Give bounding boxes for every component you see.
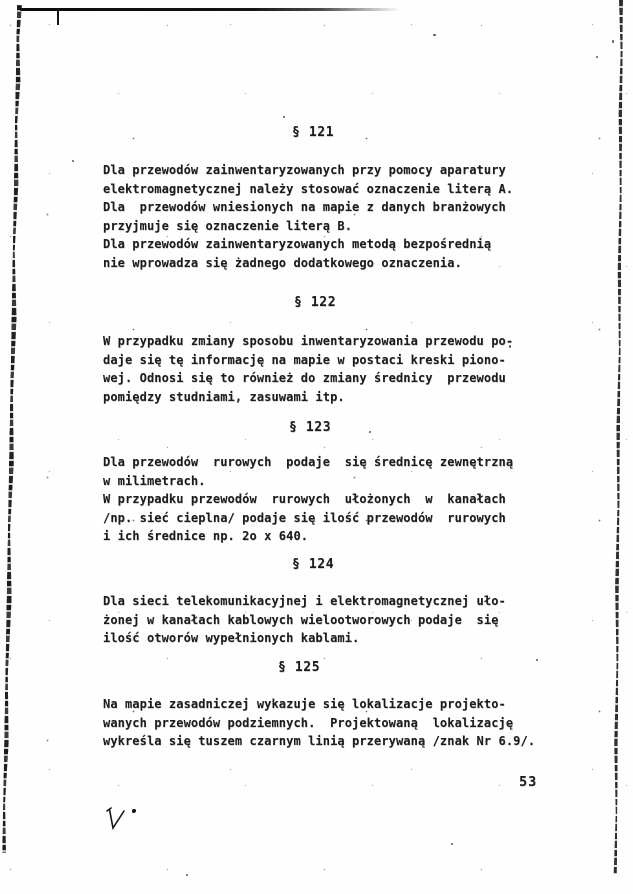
scan-speck [612, 40, 614, 43]
scanned-document-page: § 121 Dla przewodów zainwentaryzowanych … [0, 0, 633, 894]
page-top-corner-tick [57, 8, 59, 25]
right-torn-edge [613, 0, 623, 874]
section-body-122: W przypadku zmiany sposobu inwentaryzowa… [103, 332, 513, 406]
section-body-125: Na mapie zasadniczej wykazuje się lokali… [103, 695, 535, 751]
scan-speck [369, 431, 371, 433]
section-heading-122: § 122 [294, 294, 336, 312]
text-line: żonej w kanałach kablowych wielootworowy… [103, 611, 506, 630]
page-top-scan-line [20, 8, 462, 11]
section-heading-124: § 124 [292, 556, 334, 574]
section-heading-125: § 125 [278, 659, 320, 677]
section-body-123: Dla przewodów rurowych podaje się średni… [103, 453, 513, 546]
section-heading-123: § 123 [289, 419, 331, 437]
text-line: Dla sieci telekomunikacyjnej i elektroma… [103, 592, 506, 611]
text-line: Dla przewodów rurowych podaje się średni… [103, 453, 513, 472]
text-line: /np. sieć cieplna/ podaje się ilość prze… [103, 509, 513, 528]
text-line: wykreśla się tuszem czarnym linią przery… [103, 732, 535, 751]
handwritten-check-icon [100, 804, 136, 838]
section-body-124: Dla sieci telekomunikacyjnej i elektroma… [103, 592, 506, 648]
section-body-121: Dla przewodów zainwentaryzowanych przy p… [103, 161, 513, 272]
text-line: pomiędzy studniami, zasuwami itp. [103, 388, 513, 407]
text-line: daje się tę informację na mapie w postac… [103, 351, 513, 370]
section-heading-121: § 121 [292, 124, 334, 142]
text-line: i ich średnice np. 2o x 640. [103, 527, 513, 546]
scan-speck [451, 843, 453, 845]
scan-speck [72, 160, 74, 162]
text-line: Na mapie zasadniczej wykazuje się lokali… [103, 695, 535, 714]
scan-speck [433, 34, 436, 36]
text-line: wanych przewodów podziemnych. Projektowa… [103, 714, 535, 733]
scan-speck [536, 659, 538, 661]
text-line: elektromagnetycznej należy stosować ozna… [103, 180, 513, 199]
scan-speck [283, 116, 285, 118]
scan-speck [509, 345, 511, 348]
text-line: wej. Odnosi się to również do zmiany śre… [103, 369, 513, 388]
text-line: W przypadku przewodów rurowych ułożonych… [103, 490, 513, 509]
left-torn-edge [2, 5, 22, 853]
text-line: W przypadku zmiany sposobu inwentaryzowa… [103, 332, 513, 351]
page-number: 53 [519, 774, 537, 790]
text-line: w milimetrach. [103, 472, 513, 491]
scan-speck [186, 874, 188, 876]
text-line: przyjmuje się oznaczenie literą B. [103, 217, 513, 236]
text-line: Dla przewodów zainwentaryzowanych metodą… [103, 235, 513, 254]
text-line: Dla przewodów wniesionych na mapie z dan… [103, 198, 513, 217]
text-line: ilość otworów wypełnionych kablami. [103, 629, 506, 648]
scan-speck [596, 56, 598, 58]
text-line: Dla przewodów zainwentaryzowanych przy p… [103, 161, 513, 180]
text-line: nie wprowadza się żadnego dodatkowego oz… [103, 254, 513, 273]
